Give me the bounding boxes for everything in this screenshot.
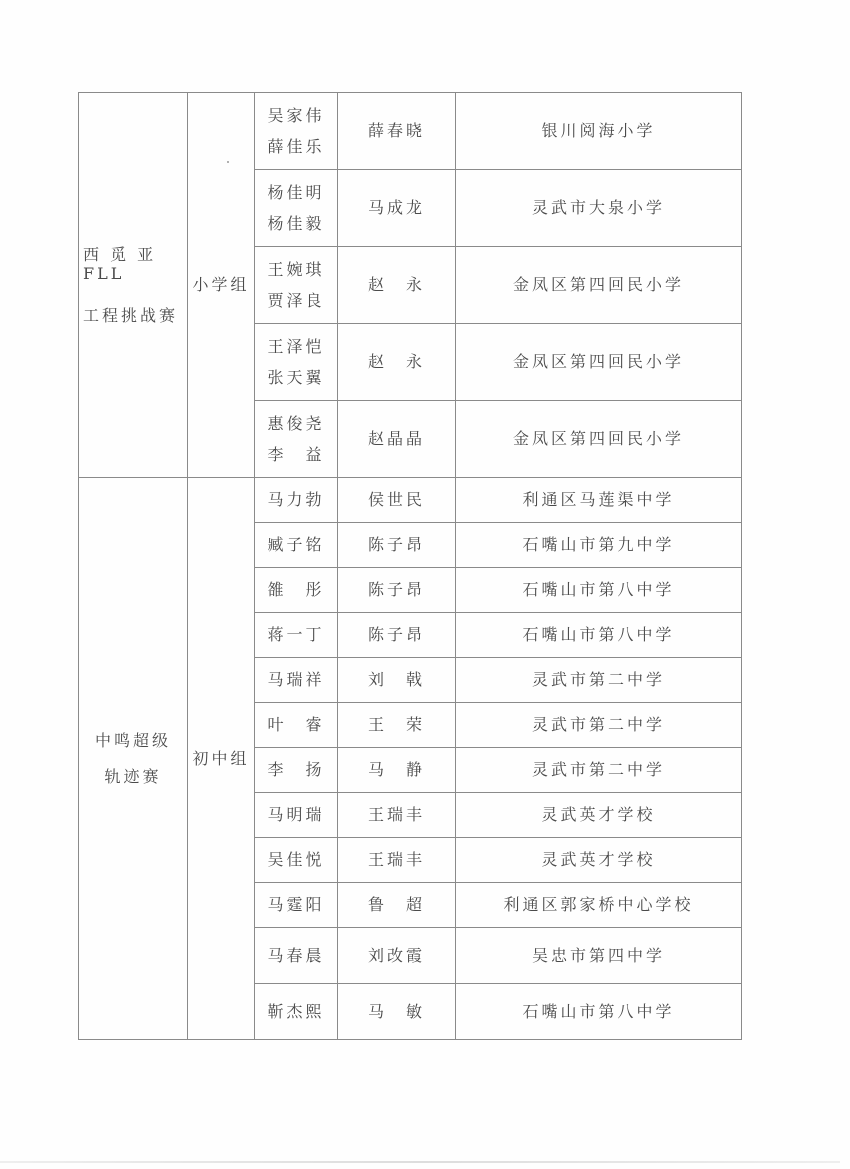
coach-cell: 王瑞丰 bbox=[338, 793, 456, 838]
coach-cell: 陈子昂 bbox=[338, 613, 456, 658]
coach-cell: 马 敏 bbox=[338, 984, 456, 1040]
scan-edge-line bbox=[0, 1161, 840, 1163]
school-cell: 利通区郭家桥中心学校 bbox=[456, 883, 742, 928]
group-cell: 初中组 bbox=[188, 478, 255, 1040]
scanned-page: 西 觅 亚 FLL 工程挑战赛 小学组 吴家伟 薛佳乐 薛春晓 银川阅海小学 bbox=[0, 0, 850, 1169]
student-name: 李 益 bbox=[267, 445, 324, 464]
coach-cell: 刘改霞 bbox=[338, 928, 456, 984]
coach-cell: 马成龙 bbox=[338, 170, 456, 247]
competition-name-line: 轨迹赛 bbox=[104, 767, 161, 786]
school-cell: 石嘴山市第八中学 bbox=[456, 613, 742, 658]
students-cell: 惠俊尧 李 益 bbox=[255, 401, 338, 478]
student-cell: 靳杰熙 bbox=[255, 984, 338, 1040]
coach-cell: 马 静 bbox=[338, 748, 456, 793]
school-cell: 吴忠市第四中学 bbox=[456, 928, 742, 984]
students-cell: 杨佳明 杨佳毅 bbox=[255, 170, 338, 247]
student-cell: 叶 睿 bbox=[255, 703, 338, 748]
school-cell: 银川阅海小学 bbox=[456, 93, 742, 170]
student-cell: 马明瑞 bbox=[255, 793, 338, 838]
school-cell: 灵武市第二中学 bbox=[456, 748, 742, 793]
student-name: 杨佳明 bbox=[267, 183, 324, 202]
coach-cell: 侯世民 bbox=[338, 478, 456, 523]
student-cell: 马瑞祥 bbox=[255, 658, 338, 703]
competition-cell: 西 觅 亚 FLL 工程挑战赛 bbox=[79, 93, 188, 478]
coach-cell: 陈子昂 bbox=[338, 523, 456, 568]
school-cell: 利通区马莲渠中学 bbox=[456, 478, 742, 523]
student-name: 贾泽良 bbox=[267, 291, 324, 310]
school-cell: 石嘴山市第九中学 bbox=[456, 523, 742, 568]
competition-name-line: 中鸣超级 bbox=[95, 731, 171, 750]
school-cell: 灵武市第二中学 bbox=[456, 658, 742, 703]
student-cell: 吴佳悦 bbox=[255, 838, 338, 883]
student-name: 王泽恺 bbox=[267, 337, 324, 356]
students-cell: 王婉琪 贾泽良 bbox=[255, 247, 338, 324]
school-cell: 灵武英才学校 bbox=[456, 838, 742, 883]
scan-speck bbox=[227, 161, 229, 163]
student-name: 薛佳乐 bbox=[267, 137, 324, 156]
student-name: 杨佳毅 bbox=[267, 214, 324, 233]
coach-cell: 王 荣 bbox=[338, 703, 456, 748]
student-name: 吴家伟 bbox=[267, 106, 324, 125]
students-cell: 吴家伟 薛佳乐 bbox=[255, 93, 338, 170]
student-name: 张天翼 bbox=[267, 368, 324, 387]
school-cell: 灵武市大泉小学 bbox=[456, 170, 742, 247]
student-cell: 马霆阳 bbox=[255, 883, 338, 928]
student-cell: 马力勃 bbox=[255, 478, 338, 523]
table-row: 西 觅 亚 FLL 工程挑战赛 小学组 吴家伟 薛佳乐 薛春晓 银川阅海小学 bbox=[79, 93, 742, 170]
coach-cell: 薛春晓 bbox=[338, 93, 456, 170]
competition-cell: 中鸣超级 轨迹赛 bbox=[79, 478, 188, 1040]
school-cell: 石嘴山市第八中学 bbox=[456, 984, 742, 1040]
student-cell: 李 扬 bbox=[255, 748, 338, 793]
student-cell: 雒 彤 bbox=[255, 568, 338, 613]
school-cell: 石嘴山市第八中学 bbox=[456, 568, 742, 613]
school-cell: 灵武英才学校 bbox=[456, 793, 742, 838]
table-row: 中鸣超级 轨迹赛 初中组 马力勃 侯世民 利通区马莲渠中学 bbox=[79, 478, 742, 523]
student-cell: 马春晨 bbox=[255, 928, 338, 984]
coach-cell: 陈子昂 bbox=[338, 568, 456, 613]
coach-cell: 鲁 超 bbox=[338, 883, 456, 928]
coach-cell: 赵 永 bbox=[338, 324, 456, 401]
competition-name-line: 工程挑战赛 bbox=[83, 306, 178, 325]
award-table: 西 觅 亚 FLL 工程挑战赛 小学组 吴家伟 薛佳乐 薛春晓 银川阅海小学 bbox=[78, 92, 742, 1040]
coach-cell: 赵晶晶 bbox=[338, 401, 456, 478]
student-name: 王婉琪 bbox=[267, 260, 324, 279]
coach-cell: 王瑞丰 bbox=[338, 838, 456, 883]
school-cell: 金凤区第四回民小学 bbox=[456, 324, 742, 401]
coach-cell: 刘 戟 bbox=[338, 658, 456, 703]
students-cell: 王泽恺 张天翼 bbox=[255, 324, 338, 401]
group-cell: 小学组 bbox=[188, 93, 255, 478]
school-cell: 金凤区第四回民小学 bbox=[456, 401, 742, 478]
student-name: 惠俊尧 bbox=[267, 414, 324, 433]
school-cell: 灵武市第二中学 bbox=[456, 703, 742, 748]
coach-cell: 赵 永 bbox=[338, 247, 456, 324]
school-cell: 金凤区第四回民小学 bbox=[456, 247, 742, 324]
student-cell: 蒋一丁 bbox=[255, 613, 338, 658]
competition-name-line: 西 觅 亚 FLL bbox=[83, 245, 187, 283]
student-cell: 臧子铭 bbox=[255, 523, 338, 568]
